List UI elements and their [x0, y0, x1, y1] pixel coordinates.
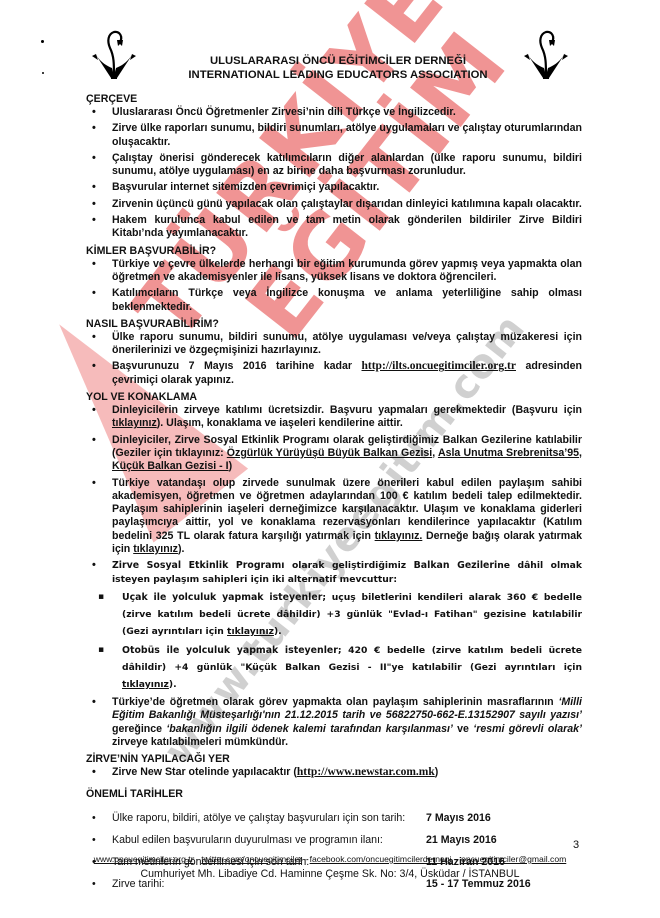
footer-links: www.oncuegitimciler.org.tr - twitter.com…	[60, 854, 600, 864]
trip-link-ozgurluk[interactable]: Özgürlük Yürüyüşü Büyük Balkan Gezisi	[227, 447, 432, 459]
sub-list-item: Otobüs ile yolculuk yapmak isteyenler; 4…	[86, 642, 582, 693]
section-title-nasil: NASIL BAŞVURABİLİRİM?	[86, 317, 582, 331]
list-item: Ülke raporu sunumu, bildiri sunumu, atöl…	[86, 331, 582, 358]
bus-trip-details-link[interactable]: tıklayınız	[122, 679, 169, 690]
organization-header: ULUSLARARASI ÖNCÜ EĞİTİMCİLER DERNEĞİ IN…	[160, 54, 516, 82]
list-item: Hakem kurulunca kabul edilen ve tam meti…	[86, 214, 582, 241]
section-title-yol: YOL VE KONAKLAMA	[86, 390, 582, 404]
text: Başvurunuzu 7 Mayıs 2016 tarihine kadar	[112, 360, 362, 372]
text: ).	[169, 679, 177, 690]
application-link[interactable]: http://ilts.oncuegitimciler.org.tr	[362, 360, 516, 372]
text: olarak geliştirdiğimiz	[329, 434, 442, 446]
document-body: ÇERÇEVE Uluslararası Öncü Öğretmenler Zi…	[86, 92, 582, 897]
text: ).	[178, 543, 184, 555]
bold-text: Uçak ile yolculuk yapmak isteyenler	[122, 592, 322, 603]
org-name-en: INTERNATIONAL LEADING EDUCATORS ASSOCIAT…	[160, 68, 516, 82]
date-label: Ülke raporu, bildiri, atölye ve çalıştay…	[112, 809, 426, 827]
list-item: Türkiye’de öğretmen olarak görev yapmakt…	[86, 696, 582, 749]
list-item: Dinleyicilerin zirveye katılımı ücretsiz…	[86, 404, 582, 431]
cerceve-list: Uluslararası Öncü Öğretmenler Zirvesi’ni…	[86, 106, 582, 241]
flower-hands-logo-icon	[92, 28, 136, 80]
date-label: Kabul edilen başvuruların duyurulması ve…	[112, 831, 426, 849]
list-item: Dinleyiciler, Zirve Sosyal Etkinlik Prog…	[86, 434, 582, 474]
yer-list: Zirve New Star otelinde yapılacaktır (ht…	[86, 766, 582, 779]
separator: –	[452, 854, 462, 864]
list-item: Başvurunuzu 7 Mayıs 2016 tarihine kadar …	[86, 360, 582, 387]
text: ve	[453, 723, 473, 735]
date-row: Ülke raporu, bildiri, atölye ve çalıştay…	[86, 809, 582, 831]
document-page: TÜRKİYE EĞİTİM www.turkiyeegitim.com ULU…	[0, 0, 660, 918]
bold-text: Zirve Sosyal Etkinlik Programı	[112, 560, 284, 571]
text: Dinleyiciler,	[112, 434, 175, 446]
email-link[interactable]: oncuegitimciler@gmail.com	[461, 854, 566, 864]
date-value: 7 Mayıs 2016	[426, 812, 491, 824]
bold-text: Balkan Gezilerine	[443, 434, 532, 446]
section-title-yer: ZİRVE’NİN YAPILACAĞI YER	[86, 752, 582, 766]
text: )	[435, 766, 439, 778]
list-item: Zirve Sosyal Etkinlik Programı olarak ge…	[86, 559, 582, 693]
italic-text: ‘bakanlığın ilgili ödenek kalemi tarafın…	[166, 723, 453, 735]
nasil-list: Ülke raporu sunumu, bildiri sunumu, atöl…	[86, 331, 582, 387]
website-link[interactable]: www.oncuegitimciler.org.tr	[94, 854, 194, 864]
footer-address: Cumhuriyet Mh. Libadiye Cd. Haminne Çeşm…	[60, 868, 600, 880]
text: ).	[274, 626, 282, 637]
text: Türkiye’de öğretmen olarak görev yapmakt…	[112, 696, 558, 708]
section-title-kimler: KİMLER BAŞVURABİLİR?	[86, 244, 582, 258]
flight-trip-details-link[interactable]: tıklayınız	[227, 626, 274, 637]
date-row: Kabul edilen başvuruların duyurulması ve…	[86, 831, 582, 853]
list-item: Uluslararası Öncü Öğretmenler Zirvesi’ni…	[86, 106, 582, 119]
scan-dot	[42, 72, 44, 74]
section-title-tarihler: ÖNEMLİ TARİHLER	[86, 787, 582, 801]
text: ,	[579, 447, 582, 459]
text: Dinleyicilerin zirveye katılımı ücretsiz…	[112, 404, 582, 416]
list-item: Zirvenin üçüncü günü yapılacak olan çalı…	[86, 198, 582, 211]
listener-apply-link[interactable]: tıklayınız	[112, 417, 157, 429]
list-item: Başvurular internet sitemizden çevrimiçi…	[86, 181, 582, 194]
donation-link[interactable]: tıklayınız	[133, 543, 178, 555]
list-item: Zirve New Star otelinde yapılacaktır (ht…	[86, 766, 582, 779]
text: ). Ulaşım, konaklama ve iaşeleri kendile…	[157, 417, 403, 429]
org-name-tr: ULUSLARARASI ÖNCÜ EĞİTİMCİLER DERNEĞİ	[160, 54, 516, 68]
text: olarak geliştirdiğimiz	[284, 560, 413, 571]
text: zirveye katılabilmeleri mümkündür.	[112, 736, 288, 748]
page-number: 3	[573, 839, 579, 851]
flower-hands-logo-icon	[524, 28, 568, 80]
kimler-list: Türkiye ve çevre ülkelerde herhangi bir …	[86, 258, 582, 314]
list-item: Çalıştay önerisi gönderecek katılımcılar…	[86, 152, 582, 179]
twitter-link[interactable]: twitter.com/oncuegitimciler	[201, 854, 302, 864]
list-item: Türkiye vatandaşı olup zirvede sunulmak …	[86, 477, 582, 557]
date-value: 15 - 17 Temmuz 2016	[426, 878, 531, 890]
sub-list-item: Uçak ile yolculuk yapmak isteyenler; uçu…	[86, 589, 582, 640]
separator: -	[302, 854, 310, 864]
bold-text: Otobüs ile yolculuk yapmak isteyenler	[122, 645, 338, 656]
text: )	[229, 460, 233, 472]
facebook-link[interactable]: facebook.com/oncuegitimcilerdernegi	[310, 854, 452, 864]
trip-link-kucuk-balkan[interactable]: Küçük Balkan Gezisi - I	[112, 460, 229, 472]
bold-text: Zirve Sosyal Etkinlik Programı	[175, 434, 330, 446]
date-value: 21 Mayıs 2016	[426, 834, 497, 846]
text: gereğince	[112, 723, 166, 735]
invoice-payment-link[interactable]: tıklayınız.	[375, 530, 423, 542]
text: Zirve New Star otelinde yapılacaktır (	[112, 766, 297, 778]
list-item: Zirve ülke raporları sunumu, bildiri sun…	[86, 122, 582, 149]
yol-list: Dinleyicilerin zirveye katılımı ücretsiz…	[86, 404, 582, 749]
scan-dot	[41, 40, 44, 43]
list-item: Türkiye ve çevre ülkelerde herhangi bir …	[86, 258, 582, 285]
trip-link-srebrenitsa[interactable]: Asla Unutma Srebrenitsa’95	[438, 447, 579, 459]
italic-text: ‘resmi görevli olarak’	[473, 723, 582, 735]
section-title-cerceve: ÇERÇEVE	[86, 92, 582, 106]
travel-options-list: Uçak ile yolculuk yapmak isteyenler; uçu…	[112, 589, 582, 693]
bold-text: Balkan Gezileri	[414, 560, 498, 571]
list-item: Katılımcıların Türkçe veya İngilizce kon…	[86, 287, 582, 314]
venue-link[interactable]: http://www.newstar.com.mk	[297, 766, 435, 778]
